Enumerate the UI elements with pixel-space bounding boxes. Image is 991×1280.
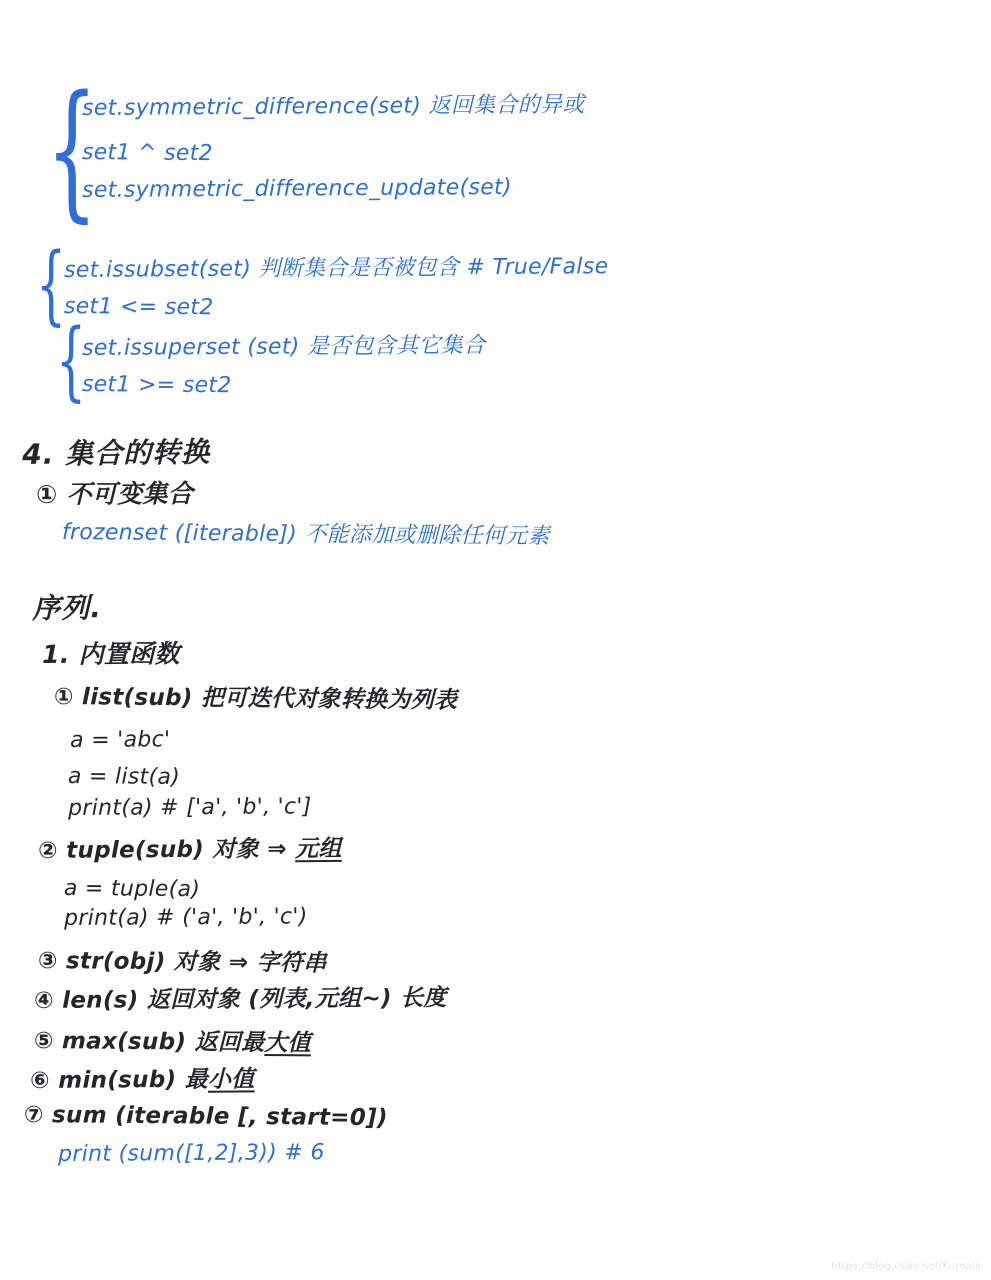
- max-signature-underlined: 大值: [264, 1030, 311, 1056]
- note-line-gte-operator: set1 >= set2: [82, 372, 232, 400]
- code-line-print-sum: print (sum([1,2],3)) # 6: [58, 1140, 325, 1168]
- max-signature-text: ⑤ max(sub) 返回最: [34, 1028, 265, 1056]
- handwritten-notes-page: { set.symmetric_difference(set) 返回集合的异或 …: [0, 0, 991, 1280]
- subheading-builtin-functions: 1. 内置函数: [42, 639, 180, 670]
- note-line-min-signature: ⑥ min(sub) 最小值: [30, 1066, 255, 1095]
- tuple-signature-text: ② tuple(sub) 对象 ⇒: [38, 836, 295, 864]
- note-line-symmetric-difference: set.symmetric_difference(set) 返回集合的异或: [82, 92, 585, 122]
- note-line-symmetric-difference-update: set.symmetric_difference_update(set): [82, 175, 512, 204]
- note-line-sum-signature: ⑦ sum (iterable [, start=0]): [24, 1102, 388, 1133]
- note-line-frozenset: frozenset ([iterable]) 不能添加或删除任何元素: [62, 520, 550, 551]
- note-line-len-signature: ④ len(s) 返回对象 (列表,元组~) 长度: [34, 985, 447, 1015]
- note-line-str-signature: ③ str(obj) 对象 ⇒ 字符串: [38, 948, 327, 978]
- note-line-caret-operator: set1 ^ set2: [82, 140, 213, 168]
- note-line-issubset: set.issubset(set) 判断集合是否被包含 # True/False: [64, 254, 608, 284]
- note-line-lte-operator: set1 <= set2: [64, 294, 214, 322]
- watermark-url: https://blog.csdn.net/Kuroaiii: [831, 1261, 981, 1272]
- code-line-print-list: print(a) # ['a', 'b', 'c']: [68, 794, 312, 822]
- code-line-assign-tuple: a = tuple(a): [64, 876, 201, 904]
- note-line-list-signature: ① list(sub) 把可迭代对象转换为列表: [54, 684, 458, 715]
- heading-sequence: 序列.: [32, 591, 102, 626]
- subheading-immutable-set: ① 不可变集合: [36, 479, 193, 510]
- note-line-issuperset: set.issuperset (set) 是否包含其它集合: [82, 333, 485, 362]
- min-signature-text: ⑥ min(sub) 最: [30, 1067, 208, 1094]
- note-line-tuple-signature: ② tuple(sub) 对象 ⇒ 元组: [38, 836, 342, 866]
- note-line-max-signature: ⑤ max(sub) 返回最大值: [34, 1028, 311, 1058]
- code-line-print-tuple: print(a) # ('a', 'b', 'c'): [64, 904, 308, 932]
- min-signature-underlined: 小值: [208, 1066, 255, 1092]
- tuple-signature-underlined: 元组: [295, 836, 342, 862]
- heading-set-conversion: 4. 集合的转换: [22, 435, 210, 471]
- code-line-assign-list: a = list(a): [68, 764, 180, 791]
- code-line-assign-abc: a = 'abc': [70, 727, 170, 754]
